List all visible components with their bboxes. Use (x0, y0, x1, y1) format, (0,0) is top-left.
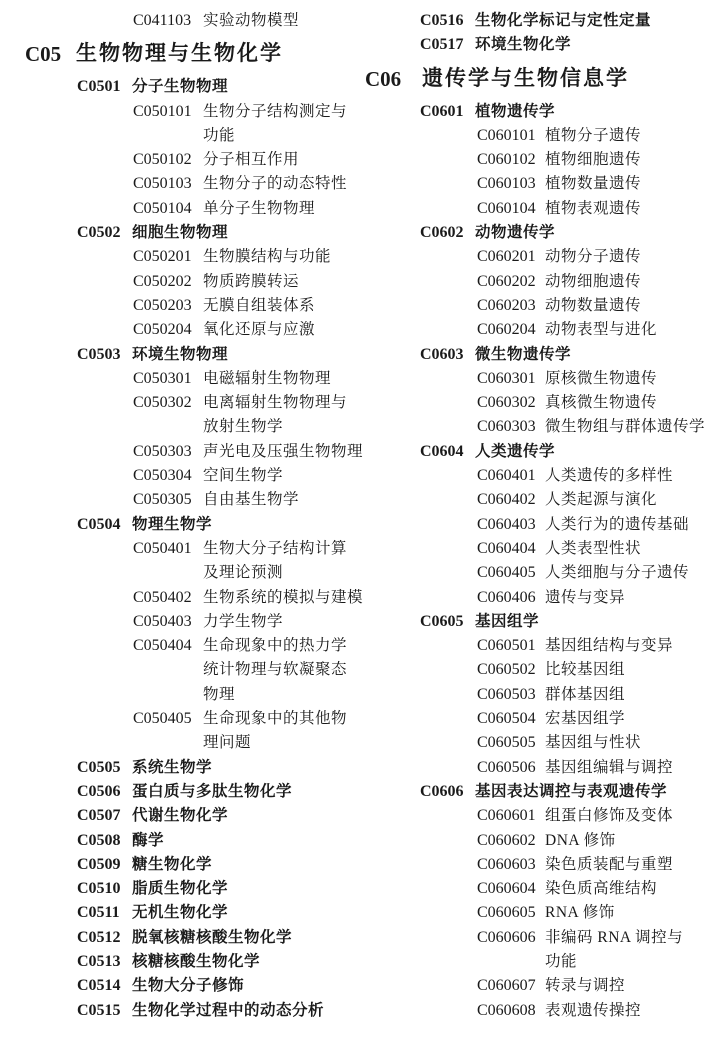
entry-label: 分子生物物理 (132, 75, 360, 99)
entry-label: 人类行为的遗传基础 (545, 513, 720, 537)
entry-label-line: 自由基生物学 (203, 488, 360, 512)
entry-label-line: 生物系统的模拟与建模 (203, 586, 360, 610)
entry-row: C060201动物分子遗传 (360, 245, 720, 269)
entry-label-line: 生物化学过程中的动态分析 (132, 999, 360, 1023)
entry-label: 环境生物物理 (132, 343, 360, 367)
entry-label-line: 植物表观遗传 (545, 197, 720, 221)
entry-row: C060506基因组编辑与调控 (360, 756, 720, 780)
entry-label: 组蛋白修饰及变体 (545, 804, 720, 828)
entry-label: 脱氧核糖核酸生物化学 (132, 926, 360, 950)
entry-code: C060403 (477, 513, 545, 537)
entry-label: 基因组学 (475, 610, 720, 634)
entry-row: C060301原核微生物遗传 (360, 367, 720, 391)
entry-code: C060302 (477, 391, 545, 415)
entry-code: C0504 (77, 513, 132, 537)
entry-code: C060203 (477, 294, 545, 318)
entry-label-line: 动物遗传学 (475, 221, 720, 245)
entry-code: C050201 (133, 245, 203, 269)
entry-label: 生物膜结构与功能 (203, 245, 360, 269)
entry-label-line: 系统生物学 (132, 756, 360, 780)
entry-row: C060303微生物组与群体遗传学 (360, 415, 720, 439)
entry-row: C050102分子相互作用 (0, 148, 360, 172)
entry-row: C060203动物数量遗传 (360, 294, 720, 318)
entry-row: C060503群体基因组 (360, 683, 720, 707)
entry-code: C0604 (420, 440, 475, 464)
entry-row: C060405人类细胞与分子遗传 (360, 561, 720, 585)
entry-row: C060302真核微生物遗传 (360, 391, 720, 415)
entry-label: 动物遗传学 (475, 221, 720, 245)
entry-row: C060602DNA 修饰 (360, 829, 720, 853)
entry-label-line: 代谢生物化学 (132, 804, 360, 828)
entry-code: C0517 (420, 33, 475, 57)
entry-row: C050305自由基生物学 (0, 488, 360, 512)
entry-row: C050203无膜自组装体系 (0, 294, 360, 318)
classification-document-page: C041103实验动物模型C05生物物理与生物化学C0501分子生物物理C050… (0, 0, 720, 1046)
subsection-row: C0606基因表达调控与表观遗传学 (360, 780, 720, 804)
entry-code: C0502 (77, 221, 132, 245)
entry-code: C0606 (420, 780, 475, 804)
subsection-row: C0602动物遗传学 (360, 221, 720, 245)
entry-label-line: 糖生物化学 (132, 853, 360, 877)
entry-code: C041103 (133, 9, 203, 33)
entry-label-line: 微生物遗传学 (475, 343, 720, 367)
entry-code: C050403 (133, 610, 203, 634)
entry-label-line: 理问题 (203, 731, 360, 755)
entry-row: C060204动物表型与进化 (360, 318, 720, 342)
entry-label-line: 植物数量遗传 (545, 172, 720, 196)
entry-code: C06 (365, 62, 422, 96)
entry-label: 转录与调控 (545, 974, 720, 998)
subsection-row: C0507代谢生物化学 (0, 804, 360, 828)
subsection-row: C0515生物化学过程中的动态分析 (0, 999, 360, 1023)
entry-code: C060404 (477, 537, 545, 561)
subsection-row: C0513核糖核酸生物化学 (0, 950, 360, 974)
entry-code: C0501 (77, 75, 132, 99)
entry-code: C060303 (477, 415, 545, 439)
entry-label: 表观遗传操控 (545, 999, 720, 1023)
entry-label: 动物数量遗传 (545, 294, 720, 318)
entry-label: 植物遗传学 (475, 100, 720, 124)
entry-row: C050302电离辐射生物物理与放射生物学 (0, 391, 360, 440)
entry-label-line: 生命现象中的其他物 (203, 707, 360, 731)
entry-label: 生物分子的动态特性 (203, 172, 360, 196)
entry-label-line: 无膜自组装体系 (203, 294, 360, 318)
entry-label-line: 酶学 (132, 829, 360, 853)
entry-label: 生物物理与生物化学 (76, 37, 360, 71)
entry-label: 酶学 (132, 829, 360, 853)
entry-code: C05 (25, 37, 76, 71)
entry-code: C050202 (133, 270, 203, 294)
entry-label-line: 动物分子遗传 (545, 245, 720, 269)
entry-label-line: 单分子生物物理 (203, 197, 360, 221)
entry-code: C060503 (477, 683, 545, 707)
entry-code: C060104 (477, 197, 545, 221)
entry-row: C060104植物表观遗传 (360, 197, 720, 221)
entry-label: 人类表型性状 (545, 537, 720, 561)
entry-row: C060406遗传与变异 (360, 586, 720, 610)
entry-label-line: 及理论预测 (203, 561, 360, 585)
subsection-row: C0601植物遗传学 (360, 100, 720, 124)
entry-label-line: 比较基因组 (545, 658, 720, 682)
entry-label-line: 基因组结构与变异 (545, 634, 720, 658)
entry-label-line: 电离辐射生物物理与 (203, 391, 360, 415)
entry-row: C050201生物膜结构与功能 (0, 245, 360, 269)
entry-label-line: 电磁辐射生物物理 (203, 367, 360, 391)
entry-code: C0505 (77, 756, 132, 780)
entry-row: C050303声光电及压强生物物理 (0, 440, 360, 464)
entry-row: C060502比较基因组 (360, 658, 720, 682)
entry-code: C0512 (77, 926, 132, 950)
entry-code: C050204 (133, 318, 203, 342)
entry-row: C060605RNA 修饰 (360, 901, 720, 925)
entry-label: 代谢生物化学 (132, 804, 360, 828)
entry-label-line: 力学生物学 (203, 610, 360, 634)
entry-label-line: 非编码 RNA 调控与 (545, 926, 720, 950)
entry-row: C060504宏基因组学 (360, 707, 720, 731)
taxonomy-column-right: C0516生物化学标记与定性定量C0517环境生物化学C06遗传学与生物信息学C… (360, 0, 720, 1023)
entry-label: 基因组编辑与调控 (545, 756, 720, 780)
entry-label: 单分子生物物理 (203, 197, 360, 221)
entry-label: 生物大分子修饰 (132, 974, 360, 998)
entry-label-line: 生命现象中的热力学 (203, 634, 360, 658)
subsection-row: C0506蛋白质与多肽生物化学 (0, 780, 360, 804)
entry-label-line: 人类表型性状 (545, 537, 720, 561)
entry-label-line: 动物数量遗传 (545, 294, 720, 318)
entry-label: 基因组结构与变异 (545, 634, 720, 658)
entry-row: C060402人类起源与演化 (360, 488, 720, 512)
entry-row: C060604染色质高维结构 (360, 877, 720, 901)
entry-label: DNA 修饰 (545, 829, 720, 853)
entry-code: C060606 (477, 926, 545, 950)
entry-code: C060602 (477, 829, 545, 853)
entry-code: C060601 (477, 804, 545, 828)
subsection-row: C0503环境生物物理 (0, 343, 360, 367)
entry-row: C060202动物细胞遗传 (360, 270, 720, 294)
entry-label: 生物化学过程中的动态分析 (132, 999, 360, 1023)
entry-code: C050301 (133, 367, 203, 391)
entry-label-line: 生物大分子修饰 (132, 974, 360, 998)
entry-row: C050401生物大分子结构计算及理论预测 (0, 537, 360, 586)
entry-label-line: 染色质高维结构 (545, 877, 720, 901)
entry-label-line: 遗传与变异 (545, 586, 720, 610)
subsection-row: C0509糖生物化学 (0, 853, 360, 877)
entry-code: C060102 (477, 148, 545, 172)
entry-label: 实验动物模型 (203, 9, 360, 33)
entry-code: C050402 (133, 586, 203, 610)
entry-label: 蛋白质与多肽生物化学 (132, 780, 360, 804)
entry-code: C0509 (77, 853, 132, 877)
taxonomy-column-left: C041103实验动物模型C05生物物理与生物化学C0501分子生物物理C050… (0, 0, 360, 1023)
entry-label-line: 生物化学标记与定性定量 (475, 9, 720, 33)
entry-label: 动物细胞遗传 (545, 270, 720, 294)
subsection-row: C0510脂质生物化学 (0, 877, 360, 901)
entry-label-line: 环境生物化学 (475, 33, 720, 57)
entry-code: C050304 (133, 464, 203, 488)
entry-code: C050302 (133, 391, 203, 415)
entry-label-line: 分子生物物理 (132, 75, 360, 99)
entry-row: C060505基因组与性状 (360, 731, 720, 755)
entry-label: 人类遗传的多样性 (545, 464, 720, 488)
entry-label: 脂质生物化学 (132, 877, 360, 901)
entry-row: C050301电磁辐射生物物理 (0, 367, 360, 391)
entry-label: 糖生物化学 (132, 853, 360, 877)
entry-code: C060406 (477, 586, 545, 610)
entry-code: C050401 (133, 537, 203, 561)
entry-label-line: 原核微生物遗传 (545, 367, 720, 391)
entry-label-line: 生物膜结构与功能 (203, 245, 360, 269)
entry-label-line: 脂质生物化学 (132, 877, 360, 901)
entry-row: C060103植物数量遗传 (360, 172, 720, 196)
entry-row: C060603染色质装配与重塑 (360, 853, 720, 877)
entry-label-line: 动物表型与进化 (545, 318, 720, 342)
entry-label-line: 统计物理与软凝聚态 (203, 658, 360, 682)
entry-label: 自由基生物学 (203, 488, 360, 512)
subsection-row: C0508酶学 (0, 829, 360, 853)
entry-label-line: 人类细胞与分子遗传 (545, 561, 720, 585)
subsection-row: C0505系统生物学 (0, 756, 360, 780)
entry-label: 染色质装配与重塑 (545, 853, 720, 877)
subsection-row: C0511无机生物化学 (0, 901, 360, 925)
entry-label: 物质跨膜转运 (203, 270, 360, 294)
entry-label: 生命现象中的其他物理问题 (203, 707, 360, 756)
entry-label: RNA 修饰 (545, 901, 720, 925)
entry-label-line: 物理 (203, 683, 360, 707)
entry-label-line: 脱氧核糖核酸生物化学 (132, 926, 360, 950)
entry-code: C050305 (133, 488, 203, 512)
entry-label: 宏基因组学 (545, 707, 720, 731)
entry-code: C060405 (477, 561, 545, 585)
entry-code: C060301 (477, 367, 545, 391)
entry-label-line: 基因组编辑与调控 (545, 756, 720, 780)
entry-label-line: 功能 (545, 950, 720, 974)
entry-label: 空间生物学 (203, 464, 360, 488)
entry-row: C050304空间生物学 (0, 464, 360, 488)
entry-row: C060607转录与调控 (360, 974, 720, 998)
entry-label-line: RNA 修饰 (545, 901, 720, 925)
entry-label: 生物大分子结构计算及理论预测 (203, 537, 360, 586)
entry-label: 群体基因组 (545, 683, 720, 707)
entry-row: C050101生物分子结构测定与功能 (0, 100, 360, 149)
entry-row: C050202物质跨膜转运 (0, 270, 360, 294)
entry-code: C050102 (133, 148, 203, 172)
entry-label-line: 蛋白质与多肽生物化学 (132, 780, 360, 804)
entry-label: 细胞生物物理 (132, 221, 360, 245)
entry-row: C050204氧化还原与应激 (0, 318, 360, 342)
entry-code: C060502 (477, 658, 545, 682)
entry-row: C060501基因组结构与变异 (360, 634, 720, 658)
entry-code: C060506 (477, 756, 545, 780)
entry-code: C050103 (133, 172, 203, 196)
entry-row: C060601组蛋白修饰及变体 (360, 804, 720, 828)
entry-label: 生物化学标记与定性定量 (475, 9, 720, 33)
entry-code: C060608 (477, 999, 545, 1023)
entry-label-line: 人类行为的遗传基础 (545, 513, 720, 537)
entry-label-line: 人类遗传的多样性 (545, 464, 720, 488)
entry-label-line: 物理生物学 (132, 513, 360, 537)
entry-label-line: 物质跨膜转运 (203, 270, 360, 294)
entry-code: C0511 (77, 901, 132, 925)
entry-label-line: 分子相互作用 (203, 148, 360, 172)
entry-label-line: 基因组学 (475, 610, 720, 634)
entry-label: 微生物遗传学 (475, 343, 720, 367)
subsection-row: C0604人类遗传学 (360, 440, 720, 464)
entry-label-line: 基因表达调控与表观遗传学 (475, 780, 720, 804)
entry-label: 人类起源与演化 (545, 488, 720, 512)
entry-code: C060401 (477, 464, 545, 488)
entry-label: 电磁辐射生物物理 (203, 367, 360, 391)
entry-label: 人类遗传学 (475, 440, 720, 464)
entry-label: 人类细胞与分子遗传 (545, 561, 720, 585)
entry-label-line: 氧化还原与应激 (203, 318, 360, 342)
entry-label-line: 空间生物学 (203, 464, 360, 488)
entry-label-line: 转录与调控 (545, 974, 720, 998)
entry-code: C060101 (477, 124, 545, 148)
entry-label: 基因组与性状 (545, 731, 720, 755)
entry-code: C060201 (477, 245, 545, 269)
entry-label: 真核微生物遗传 (545, 391, 720, 415)
entry-label-line: 放射生物学 (203, 415, 360, 439)
entry-row: C050104单分子生物物理 (0, 197, 360, 221)
entry-code: C0605 (420, 610, 475, 634)
entry-label-line: 组蛋白修饰及变体 (545, 804, 720, 828)
subsection-row: C0512脱氧核糖核酸生物化学 (0, 926, 360, 950)
entry-code: C060402 (477, 488, 545, 512)
entry-label-line: 表观遗传操控 (545, 999, 720, 1023)
entry-row: C050404生命现象中的热力学统计物理与软凝聚态物理 (0, 634, 360, 707)
entry-label: 非编码 RNA 调控与功能 (545, 926, 720, 975)
entry-label-line: 细胞生物物理 (132, 221, 360, 245)
entry-label: 遗传与变异 (545, 586, 720, 610)
entry-code: C050404 (133, 634, 203, 658)
entry-label: 植物细胞遗传 (545, 148, 720, 172)
entry-label: 动物表型与进化 (545, 318, 720, 342)
entry-label: 无膜自组装体系 (203, 294, 360, 318)
entry-row: C060608表观遗传操控 (360, 999, 720, 1023)
entry-label: 声光电及压强生物物理 (203, 440, 360, 464)
subsection-row: C0517环境生物化学 (360, 33, 720, 57)
entry-label-line: 遗传学与生物信息学 (422, 62, 720, 96)
entry-label-line: 生物物理与生物化学 (76, 37, 360, 71)
entry-code: C0508 (77, 829, 132, 853)
entry-code: C0507 (77, 804, 132, 828)
entry-code: C0603 (420, 343, 475, 367)
entry-label-line: 生物大分子结构计算 (203, 537, 360, 561)
entry-label-line: 生物分子结构测定与 (203, 100, 360, 124)
entry-label: 无机生物化学 (132, 901, 360, 925)
entry-label-line: 基因组与性状 (545, 731, 720, 755)
entry-label: 氧化还原与应激 (203, 318, 360, 342)
entry-label-line: DNA 修饰 (545, 829, 720, 853)
entry-row: C060102植物细胞遗传 (360, 148, 720, 172)
entry-code: C060202 (477, 270, 545, 294)
entry-code: C0510 (77, 877, 132, 901)
subsection-row: C0514生物大分子修饰 (0, 974, 360, 998)
subsection-row: C0605基因组学 (360, 610, 720, 634)
entry-row: C041103实验动物模型 (0, 9, 360, 33)
entry-label: 基因表达调控与表观遗传学 (475, 780, 720, 804)
entry-row: C050402生物系统的模拟与建模 (0, 586, 360, 610)
entry-code: C0602 (420, 221, 475, 245)
entry-code: C060607 (477, 974, 545, 998)
entry-label: 植物数量遗传 (545, 172, 720, 196)
entry-label: 原核微生物遗传 (545, 367, 720, 391)
entry-label: 系统生物学 (132, 756, 360, 780)
entry-label: 比较基因组 (545, 658, 720, 682)
entry-code: C050303 (133, 440, 203, 464)
entry-label-line: 动物细胞遗传 (545, 270, 720, 294)
entry-label-line: 环境生物物理 (132, 343, 360, 367)
entry-code: C0601 (420, 100, 475, 124)
entry-code: C060505 (477, 731, 545, 755)
entry-label: 环境生物化学 (475, 33, 720, 57)
entry-code: C050203 (133, 294, 203, 318)
entry-label-line: 人类遗传学 (475, 440, 720, 464)
entry-row: C060403人类行为的遗传基础 (360, 513, 720, 537)
entry-code: C060504 (477, 707, 545, 731)
entry-code: C0515 (77, 999, 132, 1023)
entry-label: 微生物组与群体遗传学 (545, 415, 720, 439)
subsection-row: C0504物理生物学 (0, 513, 360, 537)
entry-code: C060501 (477, 634, 545, 658)
entry-row: C050103生物分子的动态特性 (0, 172, 360, 196)
entry-label: 遗传学与生物信息学 (422, 62, 720, 96)
entry-code: C0513 (77, 950, 132, 974)
entry-label: 植物表观遗传 (545, 197, 720, 221)
entry-label-line: 声光电及压强生物物理 (203, 440, 360, 464)
entry-code: C0516 (420, 9, 475, 33)
entry-label-line: 植物分子遗传 (545, 124, 720, 148)
entry-label: 生命现象中的热力学统计物理与软凝聚态物理 (203, 634, 360, 707)
entry-label: 植物分子遗传 (545, 124, 720, 148)
entry-label: 电离辐射生物物理与放射生物学 (203, 391, 360, 440)
entry-label-line: 实验动物模型 (203, 9, 360, 33)
entry-code: C0506 (77, 780, 132, 804)
entry-label: 生物系统的模拟与建模 (203, 586, 360, 610)
entry-row: C050403力学生物学 (0, 610, 360, 634)
entry-label-line: 微生物组与群体遗传学 (545, 415, 720, 439)
entry-label: 动物分子遗传 (545, 245, 720, 269)
section-heading-row: C06遗传学与生物信息学 (360, 58, 720, 100)
entry-code: C060603 (477, 853, 545, 877)
subsection-row: C0516生物化学标记与定性定量 (360, 9, 720, 33)
subsection-row: C0502细胞生物物理 (0, 221, 360, 245)
entry-label-line: 群体基因组 (545, 683, 720, 707)
entry-row: C060606非编码 RNA 调控与功能 (360, 926, 720, 975)
entry-code: C060605 (477, 901, 545, 925)
entry-label-line: 宏基因组学 (545, 707, 720, 731)
entry-label: 染色质高维结构 (545, 877, 720, 901)
subsection-row: C0603微生物遗传学 (360, 343, 720, 367)
entry-code: C060604 (477, 877, 545, 901)
entry-label-line: 人类起源与演化 (545, 488, 720, 512)
entry-row: C060101植物分子遗传 (360, 124, 720, 148)
entry-code: C0503 (77, 343, 132, 367)
entry-label-line: 植物细胞遗传 (545, 148, 720, 172)
entry-label-line: 染色质装配与重塑 (545, 853, 720, 877)
entry-label-line: 生物分子的动态特性 (203, 172, 360, 196)
entry-code: C0514 (77, 974, 132, 998)
entry-label: 分子相互作用 (203, 148, 360, 172)
section-heading-row: C05生物物理与生物化学 (0, 33, 360, 75)
entry-label-line: 功能 (203, 124, 360, 148)
entry-code: C050405 (133, 707, 203, 731)
entry-code: C050104 (133, 197, 203, 221)
entry-label-line: 无机生物化学 (132, 901, 360, 925)
entry-code: C060204 (477, 318, 545, 342)
entry-label-line: 植物遗传学 (475, 100, 720, 124)
entry-label-line: 核糖核酸生物化学 (132, 950, 360, 974)
entry-row: C050405生命现象中的其他物理问题 (0, 707, 360, 756)
